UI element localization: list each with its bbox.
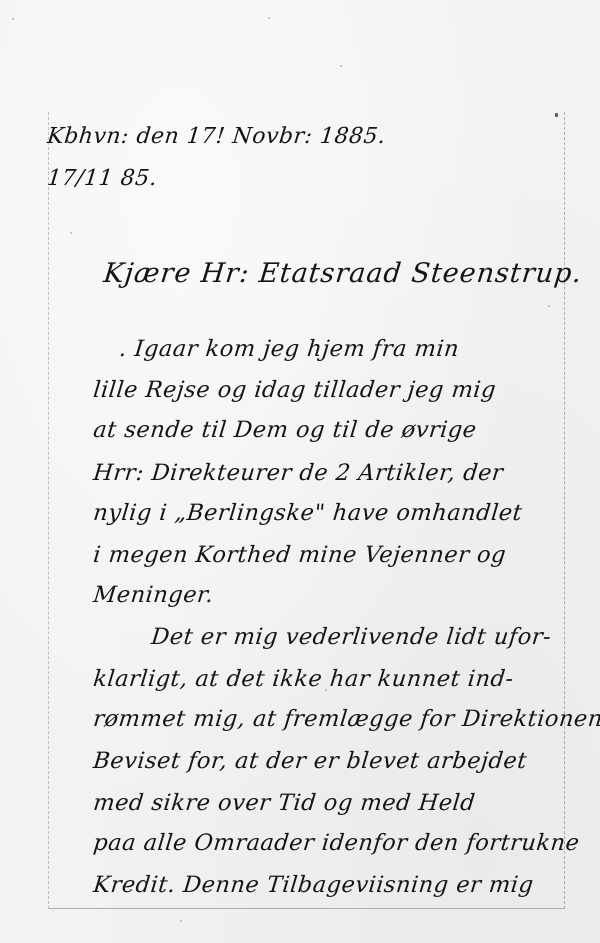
letter-salutation: Kjære Hr: Etatsraad Steenstrup. [102, 258, 584, 289]
body-line-11: Beviset for, at der er blevet arbejdet [92, 748, 528, 774]
body-line-7: Meninger. [92, 582, 215, 608]
scan-speck [325, 689, 327, 691]
scan-speck [548, 305, 550, 307]
body-line-9: klarligt, at det ikke har kunnet ind- [92, 666, 515, 692]
scan-speck [180, 920, 182, 922]
body-line-3: at sende til Dem og til de øvrige [92, 417, 478, 443]
scan-speck [340, 65, 342, 67]
body-line-4: Hrr: Direkteurer de 2 Artikler, der [92, 460, 505, 486]
scanned-page: Kbhvn: den 17! Novbr: 1885. 17/11 85. Kj… [0, 0, 600, 943]
body-line-12: med sikre over Tid og med Held [92, 790, 477, 816]
scan-speck [70, 232, 72, 234]
body-line-1: . Igaar kom jeg hjem fra min [118, 336, 461, 362]
scan-speck [555, 113, 558, 117]
letter-reference-date: 17/11 85. [46, 166, 159, 191]
body-line-6: i megen Korthed mine Vejenner og [92, 542, 507, 568]
body-line-2: lille Rejse og idag tillader jeg mig [92, 377, 497, 403]
body-line-8: Det er mig vederlivende lidt ufor- [150, 624, 553, 650]
scan-speck [510, 880, 512, 882]
body-line-10: rømmet mig, at fremlægge for Direktionen [92, 706, 600, 732]
body-line-5: nylig i „Berlingske" have omhandlet [92, 500, 524, 526]
body-line-13: paa alle Omraader idenfor den fortrukne [92, 830, 581, 856]
scan-speck [12, 18, 14, 20]
scan-speck [268, 17, 270, 19]
body-line-14: Kredit. Denne Tilbageviisning er mig [92, 872, 535, 898]
letter-place-date: Kbhvn: den 17! Novbr: 1885. [46, 124, 387, 149]
